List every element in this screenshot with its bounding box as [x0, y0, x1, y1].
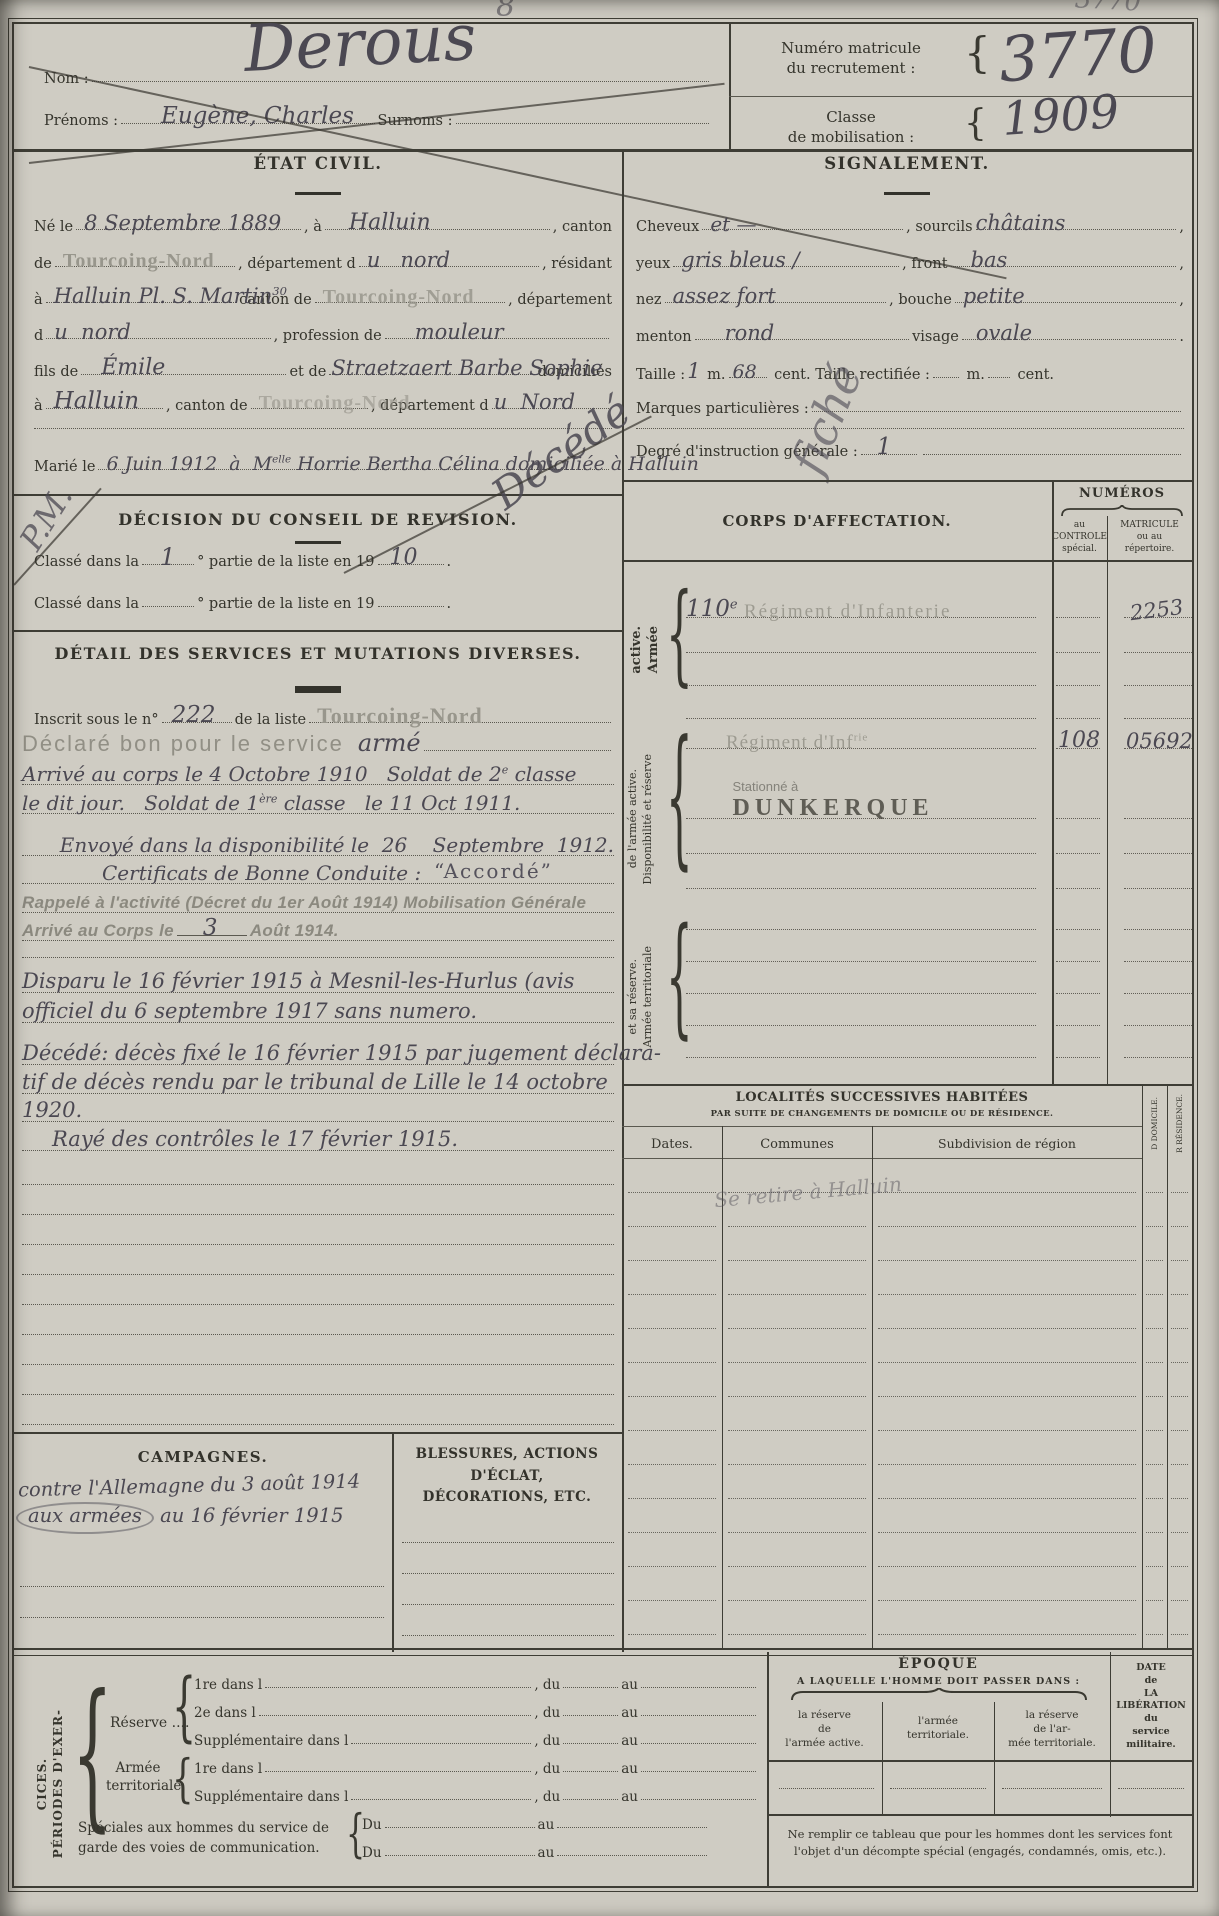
table-row — [628, 1232, 1188, 1266]
controle-column-header: au CONTROLE spécial. — [1052, 519, 1107, 555]
dotted-line: 68 — [729, 377, 767, 378]
deces-handwriting: tif de décès rendu par le tribunal de Li… — [22, 1072, 608, 1093]
cell — [878, 1396, 1136, 1397]
cell — [628, 1498, 716, 1499]
departement-label: , département — [508, 293, 612, 308]
table-row — [628, 1300, 1188, 1334]
corps-affectation-title: CORPS D'AFFECTATION. — [622, 512, 1052, 530]
cell — [1146, 1600, 1163, 1601]
deces-handwriting: Décédé: décès fixé le 16 février 1915 pa… — [22, 1043, 661, 1064]
controle-cell: 108 — [1056, 748, 1100, 749]
periode-label: 1re dans l — [194, 1679, 262, 1693]
bouche-label: , bouche — [889, 293, 952, 308]
dotted-line — [259, 1715, 532, 1716]
cell — [728, 1260, 866, 1261]
cell — [1146, 1430, 1163, 1431]
cell — [1171, 1328, 1188, 1329]
dates-column-header: Dates. — [622, 1136, 722, 1154]
dotted-line — [402, 1574, 614, 1605]
dotted-line — [456, 123, 710, 124]
dotted-line: Halluin Pl. S. Martin30 — [46, 302, 237, 303]
dotted-line — [385, 1855, 535, 1856]
du-label: , du — [534, 1791, 560, 1805]
cell — [878, 1362, 1136, 1363]
table-header-rule — [622, 560, 1192, 562]
cell — [1171, 1634, 1188, 1635]
numero-matricule-value: 3770 — [997, 19, 1159, 92]
dotted-line — [22, 1245, 614, 1275]
cell — [1146, 1464, 1163, 1465]
corps-row — [686, 1032, 1192, 1058]
table-row — [628, 1164, 1188, 1198]
empty-lines — [20, 1556, 384, 1649]
numero-matricule-label: Numéro matricule du recrutement : — [742, 38, 960, 79]
fill-line: 3 — [177, 935, 247, 936]
corps-cell — [686, 1025, 1036, 1026]
dotted-line: bas — [951, 266, 1177, 267]
cell — [728, 1532, 866, 1533]
dotted-line: 222 — [162, 722, 232, 723]
prenoms-label: Prénoms : — [44, 114, 118, 129]
cell — [1171, 1260, 1188, 1261]
disparu-row-2: officiel du 6 septembre 1917 sans numero… — [22, 998, 614, 1023]
departement-handwriting: u nord — [54, 322, 131, 343]
dotted-line: u nord — [46, 338, 270, 339]
rappele-row: Rappelé à l'activité (Décret du 1er Août… — [22, 888, 614, 913]
brace: { — [964, 106, 987, 142]
au-label: au — [621, 1679, 638, 1693]
dotted-line — [351, 1799, 531, 1800]
dotted-line — [424, 750, 611, 751]
cell — [628, 1192, 716, 1193]
taille-label: Taille : — [636, 368, 685, 383]
title-rule — [295, 541, 341, 544]
de-label: de — [34, 257, 52, 272]
departement-handwriting: u nord — [367, 250, 450, 271]
dotted-line: Tourcoing-Nord — [251, 408, 368, 409]
residence-column-header: R RÉSIDENCE. — [1167, 1086, 1192, 1160]
dotted-line — [20, 1618, 384, 1649]
dotted-line: Eugène, Charles — [121, 123, 375, 124]
dotted-line — [933, 377, 959, 378]
periodes-side-label: CICES.PÉRIODES D'EXER- — [32, 1696, 68, 1872]
canton-row: de Tourcoing-Nord , département d u nord… — [34, 247, 612, 271]
territoriale-suppl-row: Supplémentaire dans l, duau — [194, 1782, 759, 1804]
matricule-cell — [1124, 929, 1192, 930]
dotted-line: u nord — [359, 266, 539, 267]
matricule-cell: 05692 — [1124, 748, 1192, 749]
cell — [1146, 1396, 1163, 1397]
inscrit-label: Inscrit sous le n° — [34, 713, 159, 728]
dotted-line: Émile — [81, 374, 286, 375]
section-divider — [622, 1084, 1192, 1086]
cell — [1146, 1532, 1163, 1533]
taille-row: Taille : 1 m. 68 cent. Taille rectifiée … — [636, 358, 1184, 382]
taille-cm-handwriting: 68 — [733, 363, 757, 382]
cheveux-row: Cheveux et — , sourcils châtains , — [636, 210, 1184, 234]
arme-handwriting: armé — [358, 731, 421, 755]
comma: , — [1179, 293, 1184, 308]
pere-handwriting: Émile — [101, 357, 165, 379]
corps-row — [686, 936, 1192, 962]
speciales-row-1: Duau — [362, 1810, 758, 1832]
cell — [878, 1430, 1136, 1431]
mariage-handwriting: 6 Juin 1912 à Melle Horrie Bertha Célina… — [106, 455, 698, 474]
marques-label: Marques particulières : — [636, 402, 809, 417]
epoque-col-reserve-active: la réserve de l'armée active. — [767, 1708, 882, 1751]
partie-liste-label: ° partie de la liste en 19 — [197, 597, 374, 612]
nez-label: nez — [636, 293, 662, 308]
envoye-handwriting: Envoyé dans la disponibilité le 26 Septe… — [60, 835, 614, 855]
regiment-stamp: Régiment d'Infrie — [726, 733, 868, 752]
corps-cell: Régiment d'Infrie — [686, 748, 1036, 749]
disparu-handwriting: officiel du 6 septembre 1917 sans numero… — [22, 1001, 477, 1022]
matricule-cell — [1124, 652, 1192, 653]
corps-row — [686, 968, 1192, 994]
cell — [1171, 1566, 1188, 1567]
dotted-line — [385, 1827, 535, 1828]
table-row — [628, 1470, 1188, 1504]
date-liberation-header: DATE de LA LIBÉRATION du service militai… — [1110, 1662, 1192, 1752]
matricule-column-header: MATRICULE ou au répertoire. — [1107, 519, 1192, 555]
table-row — [628, 1198, 1188, 1232]
raye-row: Rayé des contrôles le 17 février 1915. — [22, 1126, 614, 1151]
cell — [1171, 1532, 1188, 1533]
corps-row — [686, 793, 1192, 819]
cell — [728, 1498, 866, 1499]
dotted-line — [557, 1827, 707, 1828]
date-naissance-handwriting: 8 Septembre 1889 — [84, 213, 281, 234]
cell — [878, 1634, 1136, 1635]
d-label: d — [34, 329, 43, 344]
a-label: à — [34, 399, 43, 414]
menton-handwriting: rond — [725, 323, 775, 344]
arrivee-corps-row: Arrivé au corps le 4 Octobre 1910 Soldat… — [22, 760, 614, 785]
dotted-line — [641, 1715, 756, 1716]
dotted-line — [402, 1512, 614, 1543]
front-label: , front — [902, 257, 947, 272]
table-rule — [767, 1814, 1192, 1816]
table-row — [628, 1572, 1188, 1606]
classe-dans-la-label: Classé dans la — [34, 597, 139, 612]
etat-civil-title: ÉTAT CIVIL. — [14, 154, 622, 173]
cell — [1171, 1396, 1188, 1397]
table-row — [628, 1266, 1188, 1300]
dotted-line — [563, 1799, 618, 1800]
dotted-line — [641, 1771, 756, 1772]
ne-le-label: Né le — [34, 220, 73, 235]
cell — [628, 1600, 716, 1601]
raye-handwriting: Rayé des contrôles le 17 février 1915. — [52, 1129, 458, 1150]
dotted-line — [22, 957, 614, 958]
dotted-line — [988, 377, 1010, 378]
cell — [1146, 1498, 1163, 1499]
pencil-mark-top: 8 — [496, 0, 515, 22]
territoriale-1re-row: 1re dans l, duau — [194, 1754, 759, 1776]
cell — [878, 1226, 1136, 1227]
marie-le-label: Marié le — [34, 460, 95, 475]
visage-handwriting: ovale — [976, 323, 1032, 344]
dotted-line — [641, 1687, 756, 1688]
dotted-line: Tourcoing-Nord — [55, 266, 235, 267]
cell — [628, 1260, 716, 1261]
liste-label: de la liste — [235, 713, 307, 728]
cell — [878, 1328, 1136, 1329]
cell — [878, 1260, 1136, 1261]
nez-row: nez assez fort , bouche petite , — [636, 283, 1184, 307]
bouche-handwriting: petite — [963, 286, 1025, 307]
mere-handwriting: Straetzaert Barbe Sophie — [331, 358, 602, 379]
dotted-line — [22, 1185, 614, 1215]
disponibilite-group-label: de l'armée active.Disponibilité et réser… — [622, 724, 658, 914]
du-label: Du — [362, 1847, 382, 1861]
corps-cell — [686, 993, 1036, 994]
deces-row-3: 1920. — [22, 1097, 614, 1122]
disparu-row-1: Disparu le 16 février 1915 à Mesnil-les-… — [22, 968, 614, 993]
cell — [1171, 1294, 1188, 1295]
degre-handwriting: 1 — [877, 436, 892, 459]
taille-m-handwriting: 1 — [687, 361, 700, 382]
dotted-line — [22, 1395, 614, 1425]
matricule-handwriting: 2253 — [1129, 597, 1185, 624]
dotted-line — [265, 1687, 531, 1688]
corps-cell — [686, 718, 1036, 719]
matricule-cell — [1124, 888, 1192, 889]
degre-instruction-row: Degré d'instruction générale : 1 — [636, 435, 1184, 459]
empty-lines — [22, 1155, 614, 1425]
classe-liste-row-1: Classé dans la 1 ° partie de la liste en… — [34, 545, 594, 569]
corps-cell — [686, 685, 1036, 686]
table-row — [628, 1504, 1188, 1538]
canton-label: , canton — [553, 220, 612, 235]
table-divider — [994, 1702, 995, 1816]
matricule-cell — [1124, 818, 1192, 819]
dotted-line — [641, 1743, 756, 1744]
cell — [728, 1294, 866, 1295]
cheveux-label: Cheveux — [636, 220, 699, 235]
matricule-cell — [1124, 718, 1192, 719]
dotted-line: Tourcoing-Nord — [309, 722, 611, 723]
au-label: au — [538, 1847, 555, 1861]
epoque-title: ÉPOQUE — [767, 1656, 1110, 1672]
epoque-col-territoriale: l'armée territoriale. — [882, 1714, 994, 1742]
corps-cell — [686, 652, 1036, 653]
cent-label: cent. — [1013, 368, 1054, 383]
localites-subtitle: PAR SUITE DE CHANGEMENTS DE DOMICILE OU … — [622, 1109, 1142, 1119]
cell — [1171, 1498, 1188, 1499]
blessures-title: BLESSURES, ACTIONS D'ÉCLAT, DÉCORATIONS,… — [392, 1444, 622, 1509]
period: . — [1179, 330, 1184, 345]
corps-cell — [686, 929, 1036, 930]
dotted-line — [265, 1771, 531, 1772]
cell — [1146, 1634, 1163, 1635]
visage-label: visage — [912, 330, 959, 345]
dotted-line — [92, 81, 709, 82]
cell — [628, 1430, 716, 1431]
communes-column-header: Communes — [722, 1136, 872, 1154]
cell — [1171, 1226, 1188, 1227]
du-label: , du — [534, 1763, 560, 1777]
corps-row — [686, 693, 1192, 719]
departement-label: , département d — [238, 257, 356, 272]
prenoms-row: Prénoms : Eugène, Charles Surnoms : — [44, 104, 712, 128]
naissance-row: Né le 8 Septembre 1889 , à Halluin , can… — [34, 210, 612, 234]
cell — [728, 1430, 866, 1431]
controle-cell — [1056, 1057, 1100, 1058]
controle-cell — [1056, 685, 1100, 686]
armee-territoriale-label: Armée territoriale. — [106, 1760, 170, 1795]
dotted-line: mouleur — [385, 338, 609, 339]
dotted-line — [142, 606, 194, 607]
cell — [1171, 1362, 1188, 1363]
military-record-sheet: 8 3770 Nom : Derous Prénoms : Eugène, Ch… — [0, 0, 1219, 1916]
period: . — [447, 555, 452, 570]
yeux-handwriting: gris bleus / — [681, 250, 799, 271]
controle-cell — [1056, 888, 1100, 889]
dotted-line — [402, 1543, 614, 1574]
certificat-row: Certificats de Bonne Conduite : “Accordé… — [22, 859, 614, 884]
dotted-line: Halluin — [325, 229, 550, 230]
brace: { — [172, 1668, 196, 1744]
brace — [789, 1688, 1089, 1701]
nom-value-handwriting: Derous — [242, 6, 477, 82]
controle-cell — [1056, 617, 1100, 618]
campagne-handwriting-1: contre l'Allemagne du 3 août 1914 — [18, 1472, 361, 1500]
periode-label: Supplémentaire dans l — [194, 1735, 348, 1749]
corps-cell: 110eRégiment d'Infanterie — [686, 617, 1036, 618]
campagne-handwriting-2a: aux armées — [16, 1502, 154, 1534]
cell — [628, 1532, 716, 1533]
periode-label: 1re dans l — [194, 1763, 262, 1777]
cell — [628, 1566, 716, 1567]
matricule-box-border — [729, 24, 731, 149]
deces-handwriting: 1920. — [22, 1100, 82, 1121]
classe-mobilisation-label: Classe de mobilisation : — [742, 108, 960, 147]
matricule-cell — [1124, 853, 1192, 854]
dotted-line — [636, 428, 1184, 429]
cell — [1171, 1600, 1188, 1601]
controle-cell — [1056, 718, 1100, 719]
table-row — [628, 1436, 1188, 1470]
dotted-line — [22, 1335, 614, 1365]
controle-cell — [1056, 929, 1100, 930]
corps-row: 110eRégiment d'Infanterie 2253 — [686, 592, 1192, 618]
cell — [728, 1634, 866, 1635]
dotted-line — [22, 1305, 614, 1335]
domicile-column-header: D DOMICILE. — [1142, 1086, 1167, 1160]
aout-1914-stamp: Août 1914. — [250, 922, 339, 940]
section-divider — [14, 1432, 622, 1434]
corps-cell — [686, 961, 1036, 962]
dotted-line — [563, 1687, 618, 1688]
cell — [628, 1328, 716, 1329]
epoque-col-reserve-territoriale: la réserve de l'ar- mée territoriale. — [994, 1708, 1110, 1751]
corps-row — [686, 863, 1192, 889]
dotted-line — [34, 428, 612, 429]
disparu-handwriting: Disparu le 16 février 1915 à Mesnil-les-… — [22, 971, 574, 992]
matricule-cell — [1124, 685, 1192, 686]
services-title: DÉTAIL DES SERVICES ET MUTATIONS DIVERSE… — [14, 644, 622, 663]
front-handwriting: bas — [971, 250, 1008, 271]
matricule-handwriting: 05692 — [1126, 731, 1193, 752]
matricule-cell — [1124, 1057, 1192, 1058]
cell — [1146, 1328, 1163, 1329]
campagne-ligne-2: aux armées au 16 février 1915 — [16, 1506, 344, 1526]
dotted-line — [557, 1855, 707, 1856]
residence-row: à Halluin Pl. S. Martin30 canton de Tour… — [34, 283, 612, 307]
tourcoing-stamp: Tourcoing-Nord — [323, 287, 475, 307]
profession-label: , profession de — [274, 329, 382, 344]
dotted-line — [1118, 1788, 1184, 1789]
m-label: m. — [962, 368, 985, 383]
comma: , — [1179, 257, 1184, 272]
menton-label: menton — [636, 330, 692, 345]
dotted-line: Straetzaert Barbe Sophie — [329, 374, 534, 375]
cell — [628, 1362, 716, 1363]
cell — [1146, 1192, 1163, 1193]
corps-row: Régiment d'Infrie 108 05692 — [686, 723, 1192, 749]
corps-cell — [686, 888, 1036, 889]
du-label: , du — [534, 1679, 560, 1693]
residence-handwriting: Halluin Pl. S. Martin30 — [54, 286, 287, 307]
classe-mobilisation-value: 1909 — [1001, 88, 1121, 142]
dotted-line: châtains — [976, 229, 1177, 230]
speciales-row-2: Duau — [362, 1838, 758, 1860]
cell — [728, 1362, 866, 1363]
title-rule — [295, 192, 341, 195]
periode-label: Supplémentaire dans l — [194, 1791, 348, 1805]
cell — [728, 1328, 866, 1329]
cell — [1146, 1566, 1163, 1567]
dotted-line: assez fort — [665, 302, 887, 303]
cell — [628, 1226, 716, 1227]
table-rule — [622, 1126, 1142, 1127]
sourcils-handwriting: châtains — [976, 213, 1066, 234]
jour-handwriting: 3 — [203, 917, 218, 940]
table-divider — [882, 1702, 883, 1816]
dotted-line — [378, 606, 444, 607]
m-label: m. — [703, 368, 726, 383]
table-rule — [767, 1760, 1192, 1762]
cell — [628, 1634, 716, 1635]
menton-row: menton rond visage ovale . — [636, 320, 1184, 344]
corps-cell — [686, 1057, 1036, 1058]
speciales-label: Spéciales aux hommes du service de garde… — [78, 1818, 350, 1859]
decision-title: DÉCISION DU CONSEIL DE REVISION. — [14, 510, 622, 529]
dotted-line — [22, 1155, 614, 1185]
dotted-line: 10 — [378, 564, 444, 565]
annee-handwriting: 10 — [390, 547, 418, 569]
au-label: au — [621, 1763, 638, 1777]
title-rule — [884, 192, 930, 195]
controle-handwriting: 108 — [1058, 730, 1100, 752]
dotted-line: ovale — [962, 339, 1177, 340]
regiment-numero-handwriting: 110e — [686, 598, 738, 621]
brace: { — [72, 1676, 113, 1836]
certificat-handwriting: Certificats de Bonne Conduite : — [102, 863, 434, 883]
cell — [628, 1396, 716, 1397]
reserve-suppl-row: Supplémentaire dans l, duau — [194, 1726, 759, 1748]
dotted-line: 8 Septembre 1889 — [76, 229, 301, 230]
dotted-line — [22, 1215, 614, 1245]
table-rule — [622, 1158, 1142, 1159]
matricule-box-divider — [729, 96, 1192, 97]
dotted-line — [1002, 1788, 1102, 1789]
matricule-cell — [1124, 961, 1192, 962]
declare-row: Déclaré bon pour le service armé — [22, 731, 614, 755]
au-label: au — [621, 1791, 638, 1805]
dotted-line — [22, 1275, 614, 1305]
